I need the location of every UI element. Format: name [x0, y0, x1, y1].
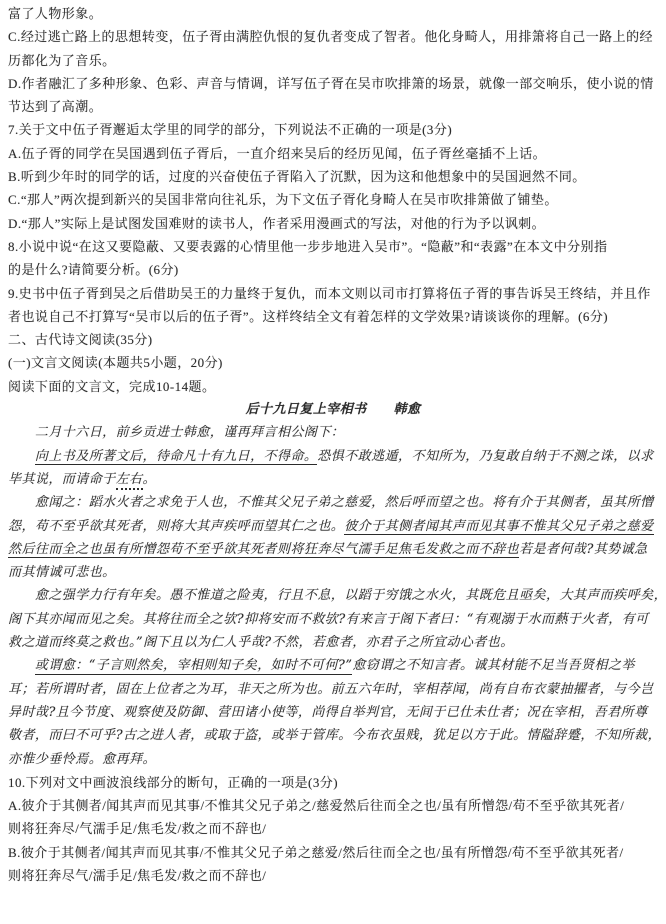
- text-line: 亦惟少垂怜焉。愈再拜。: [8, 748, 658, 771]
- text-line: D.作者融汇了多种形象、色彩、声音与情调，详写伍子胥在吴市吹排箫的场景，就像一部…: [8, 72, 658, 95]
- text-line: 8.小说中说“在这又要隐蔽、又要表露的心情里他一步步地进入吴市”。“隐蔽”和“表…: [8, 235, 658, 258]
- text-segment: 救之道而终莫之救也。”阁下且以为仁人乎哉?不然，若愈者，亦君子之所宜动心者也。: [8, 635, 514, 650]
- text-segment: D.“那人”实际上是试图发国难财的读书人，作者采用漫画式的写法，对他的行为予以讽…: [8, 216, 545, 231]
- text-segment: A.彼介于其侧者/闻其声而见其事/不惟其父兄子弟之/慈爱然后往而全之也/虽有所憎…: [8, 798, 624, 813]
- text-segment: 而其情诚可悲也。: [8, 565, 116, 580]
- text-segment: B.彼介于其侧者/闻其声而见其事/不惟其父兄子弟之慈爱/然后往而全之也/虽有所憎…: [8, 845, 624, 860]
- text-line: 愈闻之：蹈水火者之求免于人也，不惟其父兄子弟之慈爱，然后呼而望之也。将有介于其侧…: [8, 491, 658, 514]
- text-line: 7.关于文中伍子胥邂逅太学里的同学的部分，下列说法不正确的一项是(3分): [8, 118, 658, 141]
- text-segment: 二、古代诗文阅读(35分): [8, 332, 153, 347]
- text-line: 二、古代诗文阅读(35分): [8, 328, 658, 351]
- text-line: 则将狂奔尽/气濡手足/焦毛发/救之而不辞也/: [8, 817, 658, 840]
- text-line: 历都化为了音乐。: [8, 49, 658, 72]
- text-line: D.“那人”实际上是试图发国难财的读书人，作者采用漫画式的写法，对他的行为予以讽…: [8, 212, 658, 235]
- text-line: 阅读下面的文言文，完成10-14题。: [8, 375, 658, 398]
- text-line: A.彼介于其侧者/闻其声而见其事/不惟其父兄子弟之/慈爱然后往而全之也/虽有所憎…: [8, 794, 658, 817]
- text-segment: C.“那人”两次提到新兴的吴国非常向往礼乐，为下文伍子胥化身畸人在吴市吹排箫做了…: [8, 192, 558, 207]
- text-segment: 若是者何哉?其势诚急: [519, 542, 647, 557]
- text-line: 敬者，而曰不可乎?古之进人者，或取于盗，或举于管库。今布衣虽贱，犹足以方于此。情…: [8, 724, 658, 747]
- document-body: 富了人物形象。C.经过逃亡路上的思想转变，伍子胥由满腔仇恨的复仇者变成了智者。他…: [8, 2, 658, 887]
- text-line: 10.下列对文中画波浪线部分的断句，正确的一项是(3分): [8, 771, 658, 794]
- text-line: C.“那人”两次提到新兴的吴国非常向往礼乐，为下文伍子胥化身畸人在吴市吹排箫做了…: [8, 188, 658, 211]
- text-line: 富了人物形象。: [8, 2, 658, 25]
- text-line: 9.史书中伍子胥到吴之后借助吴王的力量终于复仇，而本文则以司市打算将伍子胥的事告…: [8, 282, 658, 305]
- underlined-text: 或谓愈：“子言则然矣，宰相则知子矣，如时不可何?”: [35, 658, 353, 675]
- text-segment: B.听到少年时的同学的话，过度的兴奋使伍子胥陷入了沉默，因为这和他想象中的吴国迥…: [8, 169, 586, 184]
- text-line: 怨，苟不至乎欲其死者，则将大其声疾呼而望其仁之也。彼介于其侧者闻其声而见其事不惟…: [8, 515, 658, 538]
- text-line: 毕其说，而请命于左右。: [8, 468, 658, 491]
- text-segment: 历都化为了音乐。: [8, 53, 116, 68]
- text-line: 者也说自己不打算写“吴市以后的伍子胥”。这样终结全文有着怎样的文学效果?请谈谈你…: [8, 305, 658, 328]
- text-segment: 怨，苟不至乎欲其死者，则将大其声疾呼而望其仁之也。: [8, 519, 344, 534]
- text-segment: D.作者融汇了多种形象、色彩、声音与情调，详写伍子胥在吴市吹排箫的场景，就像一部…: [8, 76, 654, 91]
- text-segment: 。: [143, 472, 156, 487]
- text-line: 二月十六日，前乡贡进士韩愈，谨再拜言相公阁下：: [8, 421, 658, 444]
- text-line: 或谓愈：“子言则然矣，宰相则知子矣，如时不可何?”愈窃谓之不知言者。诚其材能不足…: [8, 654, 658, 677]
- text-segment: 阅读下面的文言文，完成10-14题。: [8, 379, 215, 394]
- text-line: 则将狂奔尽气/濡手足/焦毛发/救之而不辞也/: [8, 864, 658, 887]
- underlined-text: 彼介于其侧者闻其声而见其事不惟其父兄子弟之慈爱: [344, 519, 653, 536]
- text-line: C.经过逃亡路上的思想转变，伍子胥由满腔仇恨的复仇者变成了智者。他化身畸人，用排…: [8, 25, 658, 48]
- text-line: 耳；若所谓时者，固在上位者之为耳，非天之所为也。前五六年时，宰相荐闻，尚有自布衣…: [8, 678, 658, 701]
- text-segment: 9.史书中伍子胥到吴之后借助吴王的力量终于复仇，而本文则以司市打算将伍子胥的事告…: [8, 286, 651, 301]
- text-segment: 异时哉?且今节度、观察使及防御、营田诸小使等，尚得自举判官，无间于已仕未仕者；况…: [8, 705, 648, 720]
- text-line: 而其情诚可悲也。: [8, 561, 658, 584]
- emphasis-dot-text: 左右: [116, 472, 143, 490]
- text-line: B.彼介于其侧者/闻其声而见其事/不惟其父兄子弟之慈爱/然后往而全之也/虽有所憎…: [8, 841, 658, 864]
- text-line: 阁下其亦闻而见之矣。其将往而全之欤?抑将安而不救欤?有来言于阁下者曰：“有观溺于…: [8, 608, 658, 631]
- text-segment: 阁下其亦闻而见之矣。其将往而全之欤?抑将安而不救欤?有来言于阁下者曰：“有观溺于…: [8, 612, 649, 627]
- text-line: (一)文言文阅读(本题共5小题，20分): [8, 351, 658, 374]
- text-segment: 愈之强学力行有年矣。愚不惟道之险夷，行且不息，以蹈于穷饿之水火，其既危且亟矣，大…: [8, 588, 658, 603]
- text-line: 节达到了高潮。: [8, 95, 658, 118]
- text-segment: 亦惟少垂怜焉。愈再拜。: [8, 752, 156, 767]
- text-line: 后十九日复上宰相书 韩愈: [8, 398, 658, 421]
- text-segment: 敬者，而曰不可乎?古之进人者，或取于盗，或举于管库。今布衣虽贱，犹足以方于此。情…: [8, 728, 658, 743]
- exam-page: 富了人物形象。C.经过逃亡路上的思想转变，伍子胥由满腔仇恨的复仇者变成了智者。他…: [0, 0, 666, 887]
- text-segment: 后十九日复上宰相书 韩愈: [246, 402, 421, 417]
- text-segment: 10.下列对文中画波浪线部分的断句，正确的一项是(3分): [8, 775, 338, 790]
- text-line: 救之道而终莫之救也。”阁下且以为仁人乎哉?不然，若愈者，亦君子之所宜动心者也。: [8, 631, 658, 654]
- text-line: B.听到少年时的同学的话，过度的兴奋使伍子胥陷入了沉默，因为这和他想象中的吴国迥…: [8, 165, 658, 188]
- text-line: 然后往而全之也虽有所憎怨苟不至乎欲其死者则将狂奔尽气濡手足焦毛发救之而不辞也若是…: [8, 538, 658, 561]
- text-segment: 恐惧不敢逃遁，不知所为，乃复敢自纳于不测之诛，以求: [317, 449, 653, 464]
- text-segment: 愈窃谓之不知言者。诚其材能不足当吾贤相之举: [352, 658, 634, 673]
- text-segment: [8, 658, 35, 673]
- text-line: A.伍子胥的同学在吴国遇到伍子胥后，一直介绍来吴后的经历见闻，伍子胥丝毫插不上话…: [8, 142, 658, 165]
- text-segment: A.伍子胥的同学在吴国遇到伍子胥后，一直介绍来吴后的经历见闻，伍子胥丝毫插不上话…: [8, 146, 546, 161]
- text-segment: C.经过逃亡路上的思想转变，伍子胥由满腔仇恨的复仇者变成了智者。他化身畸人，用排…: [8, 29, 653, 44]
- text-segment: 的是什么?请简要分析。(6分): [8, 262, 179, 277]
- text-segment: 愈闻之：蹈水火者之求免于人也，不惟其父兄子弟之慈爱，然后呼而望之也。将有介于其侧…: [8, 495, 654, 510]
- text-segment: 富了人物形象。: [8, 6, 102, 21]
- text-segment: 者也说自己不打算写“吴市以后的伍子胥”。这样终结全文有着怎样的文学效果?请谈谈你…: [8, 309, 608, 324]
- text-segment: 则将狂奔尽/气濡手足/焦毛发/救之而不辞也/: [8, 821, 266, 836]
- text-segment: 节达到了高潮。: [8, 99, 102, 114]
- text-segment: (一)文言文阅读(本题共5小题，20分): [8, 355, 223, 370]
- text-segment: 耳；若所谓时者，固在上位者之为耳，非天之所为也。前五六年时，宰相荐闻，尚有自布衣…: [8, 682, 654, 697]
- text-segment: [8, 449, 35, 464]
- text-line: 愈之强学力行有年矣。愚不惟道之险夷，行且不息，以蹈于穷饿之水火，其既危且亟矣，大…: [8, 584, 658, 607]
- text-segment: 7.关于文中伍子胥邂逅太学里的同学的部分，下列说法不正确的一项是(3分): [8, 122, 452, 137]
- text-line: 向上书及所著文后，待命凡十有九日，不得命。恐惧不敢逃遁，不知所为，乃复敢自纳于不…: [8, 445, 658, 468]
- underlined-text: 然后往而全之也虽有所憎怨苟不至乎欲其死者则将狂奔尽气濡手足焦毛发救之而不辞也: [8, 542, 519, 559]
- text-segment: 毕其说，而请命于: [8, 472, 116, 487]
- text-segment: 则将狂奔尽气/濡手足/焦毛发/救之而不辞也/: [8, 868, 266, 883]
- text-line: 的是什么?请简要分析。(6分): [8, 258, 658, 281]
- text-segment: 8.小说中说“在这又要隐蔽、又要表露的心情里他一步步地进入吴市”。“隐蔽”和“表…: [8, 239, 607, 254]
- underlined-text: 向上书及所著文后，待命凡十有九日，不得命。: [35, 449, 317, 466]
- text-segment: 二月十六日，前乡贡进士韩愈，谨再拜言相公阁下：: [8, 425, 344, 440]
- text-line: 异时哉?且今节度、观察使及防御、营田诸小使等，尚得自举判官，无间于已仕未仕者；况…: [8, 701, 658, 724]
